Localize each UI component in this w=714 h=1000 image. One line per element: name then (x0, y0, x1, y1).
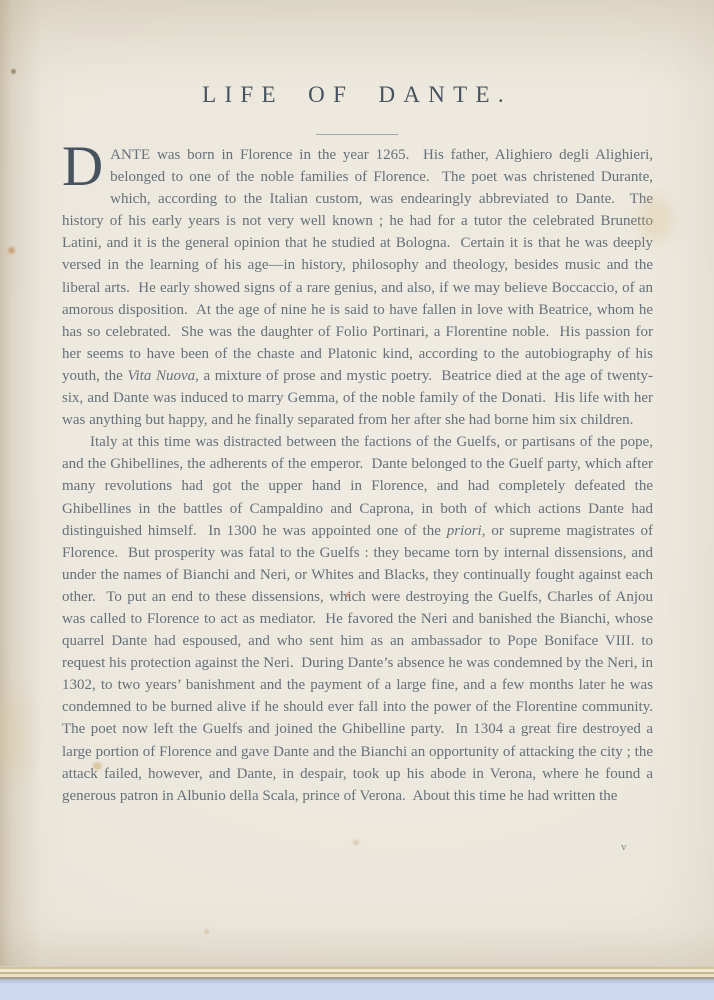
drop-cap: D (62, 144, 110, 189)
foxing-spot (353, 840, 359, 845)
body-run: ANTE was born in Florence in the year 12… (62, 147, 657, 384)
foxing-spot (11, 69, 16, 74)
signature-mark: v (621, 841, 627, 853)
body-run: , or supreme magistrates of Florence. Bu… (62, 523, 661, 804)
page-title: LIFE OF DANTE. (0, 82, 714, 108)
body-text: DANTE was born in Florence in the year 1… (62, 144, 653, 807)
foxing-spot (8, 247, 15, 254)
paragraph: Italy at this time was distracted betwee… (62, 431, 653, 807)
italic-text: priori (447, 523, 482, 539)
paragraph: DANTE was born in Florence in the year 1… (62, 144, 653, 431)
title-divider (316, 134, 398, 135)
italic-text: Vita Nuova (127, 368, 195, 384)
page-edge-stack (0, 966, 714, 984)
book-page: LIFE OF DANTE. DANTE was born in Florenc… (0, 0, 714, 966)
foxing-spot (0, 690, 28, 780)
foxing-spot (204, 929, 209, 934)
